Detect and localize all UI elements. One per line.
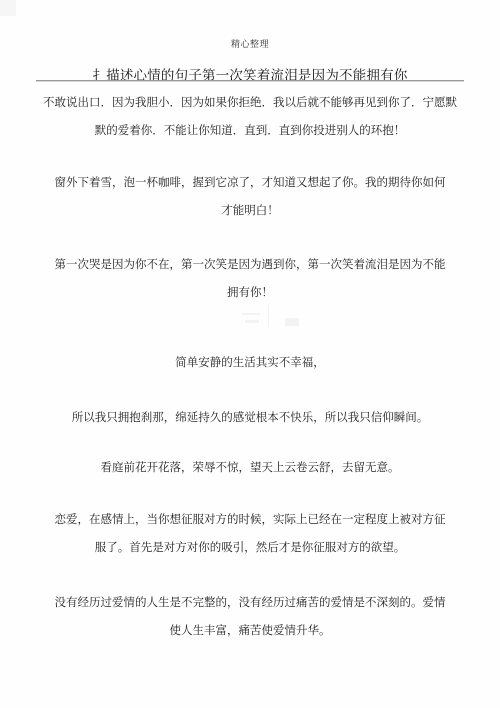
paragraph-line: 看庭前花开花落，荣辱不惊，望天上云卷云舒，去留无意。 [30,460,470,488]
scan-artifact [245,320,259,323]
paragraph-line: 所以我只拥抱刹那，绵延持久的感觉根本不快乐，所以我只信仰瞬间。 [30,410,470,438]
paragraph-3: 第一次哭是因为你不在，第一次笑是因为遇到你，第一次笑着流泪是因为不能 拥有你！ [30,257,470,313]
scan-artifact [285,318,299,326]
scan-artifact [0,0,16,16]
document-title: 扌描述心情的句子第一次笑着流泪是因为不能拥有你 [0,64,500,84]
paragraph-line: 使人生丰富，痛苦使爱情升华。 [30,623,470,651]
paragraph-line: 恋爱，在感情上，当你想征服对方的时候，实际上已经在一定程度上被对方征 [30,512,470,540]
paragraph-line: 拥有你！ [30,285,470,313]
paragraph-line: 默的爱着你．不能让你知道．直到．直到你投进别人的环抱！ [30,123,470,151]
paragraph-line: 才能明白！ [30,203,470,231]
paragraph-2: 窗外下着雪，泡一杯咖啡，握到它凉了，才知道又想起了你。我的期待你如何 才能明白！ [30,175,470,231]
paragraph-5: 所以我只拥抱刹那，绵延持久的感觉根本不快乐，所以我只信仰瞬间。 [30,410,470,438]
document-page: 精心整理 扌描述心情的句子第一次笑着流泪是因为不能拥有你 不敢说出口．因为我胆小… [0,0,500,708]
paragraph-line: 简单安静的生活其实不幸福， [30,355,470,383]
paragraph-line: 不敢说出口．因为我胆小．因为如果你拒绝．我以后就不能够再见到你了．宁愿默 [30,95,470,123]
scan-artifact [242,313,260,315]
title-underline [36,80,464,81]
paragraph-7: 恋爱，在感情上，当你想征服对方的时候，实际上已经在一定程度上被对方征 服了。首先… [30,512,470,568]
paragraph-6: 看庭前花开花落，荣辱不惊，望天上云卷云舒，去留无意。 [30,460,470,488]
paragraph-line: 窗外下着雪，泡一杯咖啡，握到它凉了，才知道又想起了你。我的期待你如何 [30,175,470,203]
paragraph-8: 没有经历过爱情的人生是不完整的，没有经历过痛苦的爱情是不深刻的。爱情 使人生丰富… [30,595,470,651]
paragraph-line: 没有经历过爱情的人生是不完整的，没有经历过痛苦的爱情是不深刻的。爱情 [30,595,470,623]
paragraph-line: 服了。首先是对方对你的吸引，然后才是你征服对方的欲望。 [30,540,470,568]
header-note: 精心整理 [0,37,500,50]
paragraph-line: 第一次哭是因为你不在，第一次笑是因为遇到你，第一次笑着流泪是因为不能 [30,257,470,285]
paragraph-1: 不敢说出口．因为我胆小．因为如果你拒绝．我以后就不能够再见到你了．宁愿默 默的爱… [30,95,470,151]
paragraph-4: 简单安静的生活其实不幸福， [30,355,470,383]
scan-artifact [268,305,269,327]
